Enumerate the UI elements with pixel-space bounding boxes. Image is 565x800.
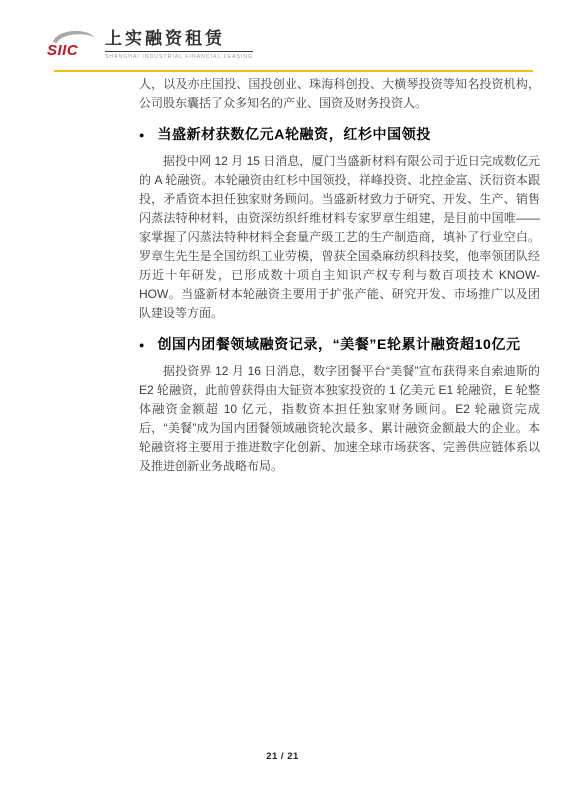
bullet-icon: ● bbox=[139, 126, 144, 145]
brand-block: 上实融资租赁 SHANGHAI INDUSTRIAL FINANCIAL LEA… bbox=[105, 29, 253, 60]
siic-logo-icon: SIIC bbox=[46, 26, 98, 60]
section-body-1: 据投中网 12 月 15 日消息，厦门当盛新材料有限公司于近日完成数亿元的 A … bbox=[139, 152, 540, 323]
document-content: 人，以及亦庄国投、国投创业、珠海科创投、大横琴投资等知名投资机构，公司股东囊括了… bbox=[139, 75, 540, 476]
intro-paragraph: 人，以及亦庄国投、国投创业、珠海科创投、大横琴投资等知名投资机构，公司股东囊括了… bbox=[139, 75, 540, 113]
page-footer: 21 / 21 bbox=[0, 746, 565, 764]
brand-subtitle: SHANGHAI INDUSTRIAL FINANCIAL LEASING bbox=[105, 54, 253, 60]
section-body-2: 据投资界 12 月 16 日消息，数字团餐平台“美餐”宣布获得来自索迪斯的 E2… bbox=[139, 362, 540, 476]
company-logo: SIIC 上实融资租赁 SHANGHAI INDUSTRIAL FINANCIA… bbox=[46, 26, 253, 60]
brand-name: 上实融资租赁 bbox=[105, 29, 253, 52]
siic-logo-text: SIIC bbox=[47, 42, 79, 59]
section-title-2: 创国内团餐领域融资记录，“美餐”E轮累计融资超10亿元 bbox=[157, 334, 520, 354]
section-title-1: 当盛新材获数亿元A轮融资，红杉中国领投 bbox=[157, 124, 431, 144]
bullet-icon: ● bbox=[139, 336, 144, 355]
header-divider bbox=[54, 70, 533, 72]
document-page: SIIC 上实融资租赁 SHANGHAI INDUSTRIAL FINANCIA… bbox=[0, 0, 565, 800]
section-heading-1: ● 当盛新材获数亿元A轮融资，红杉中国领投 bbox=[139, 124, 540, 146]
section-heading-2: ● 创国内团餐领域融资记录，“美餐”E轮累计融资超10亿元 bbox=[139, 334, 540, 356]
page-number: 21 / 21 bbox=[266, 751, 299, 762]
